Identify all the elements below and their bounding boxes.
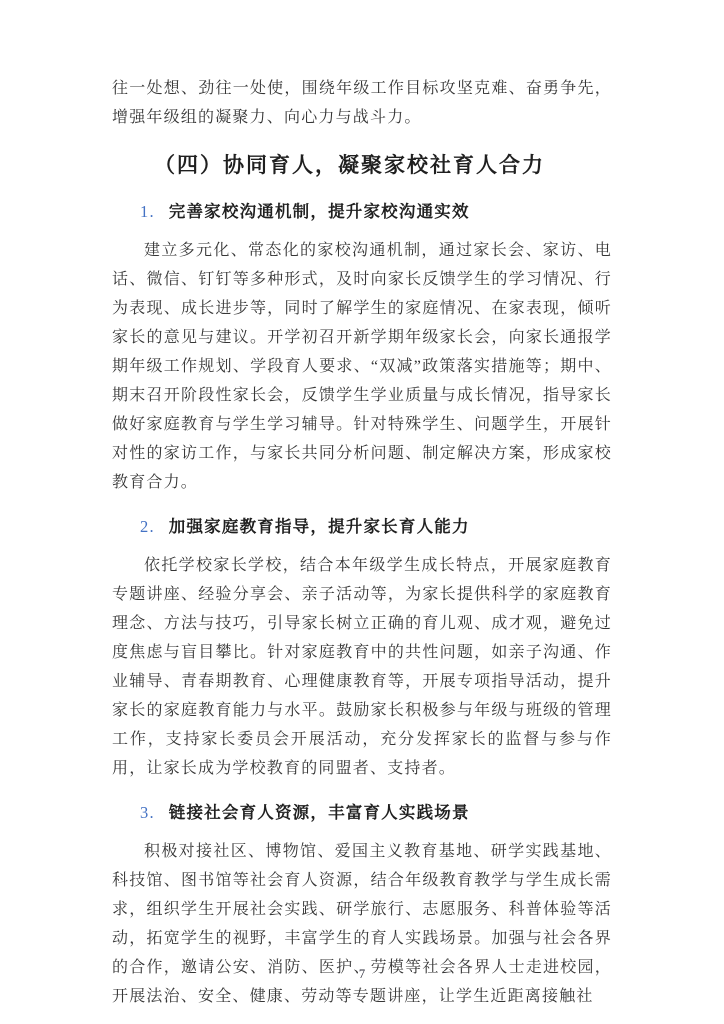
paragraph-1: 建立多元化、常态化的家校沟通机制，通过家长会、家访、电话、微信、钉钉等多种形式，… [112,236,612,497]
page-footer: 7 [0,967,724,982]
paragraph-2: 依托学校家长学校，结合本年级学生成长特点，开展家庭教育专题讲座、经验分享会、亲子… [112,551,612,783]
page-number: 7 [359,967,365,981]
list-title-2: 加强家庭教育指导，提升家长育人能力 [169,517,470,536]
list-item-heading-1: 1.完善家校沟通机制，提升家校沟通实效 [112,197,612,226]
list-title-3: 链接社会育人资源，丰富育人实践场景 [169,803,470,822]
section-heading: （四）协同育人，凝聚家校社育人合力 [112,148,612,182]
paragraph-continuation: 往一处想、劲往一处使，围绕年级工作目标攻坚克难、奋勇争先，增强年级组的凝聚力、向… [112,74,612,132]
list-number-3: 3. [140,803,155,822]
list-item-heading-3: 3.链接社会育人资源，丰富育人实践场景 [112,798,612,827]
paragraph-3: 积极对接社区、博物馆、爱国主义教育基地、研学实践基地、科技馆、图书馆等社会育人资… [112,837,612,1011]
list-item-heading-2: 2.加强家庭教育指导，提升家长育人能力 [112,512,612,541]
list-number-1: 1. [140,202,155,221]
list-title-1: 完善家校沟通机制，提升家校沟通实效 [169,202,470,221]
list-number-2: 2. [140,517,155,536]
document-page: 往一处想、劲往一处使，围绕年级工作目标攻坚克难、奋勇争先，增强年级组的凝聚力、向… [0,0,724,1024]
